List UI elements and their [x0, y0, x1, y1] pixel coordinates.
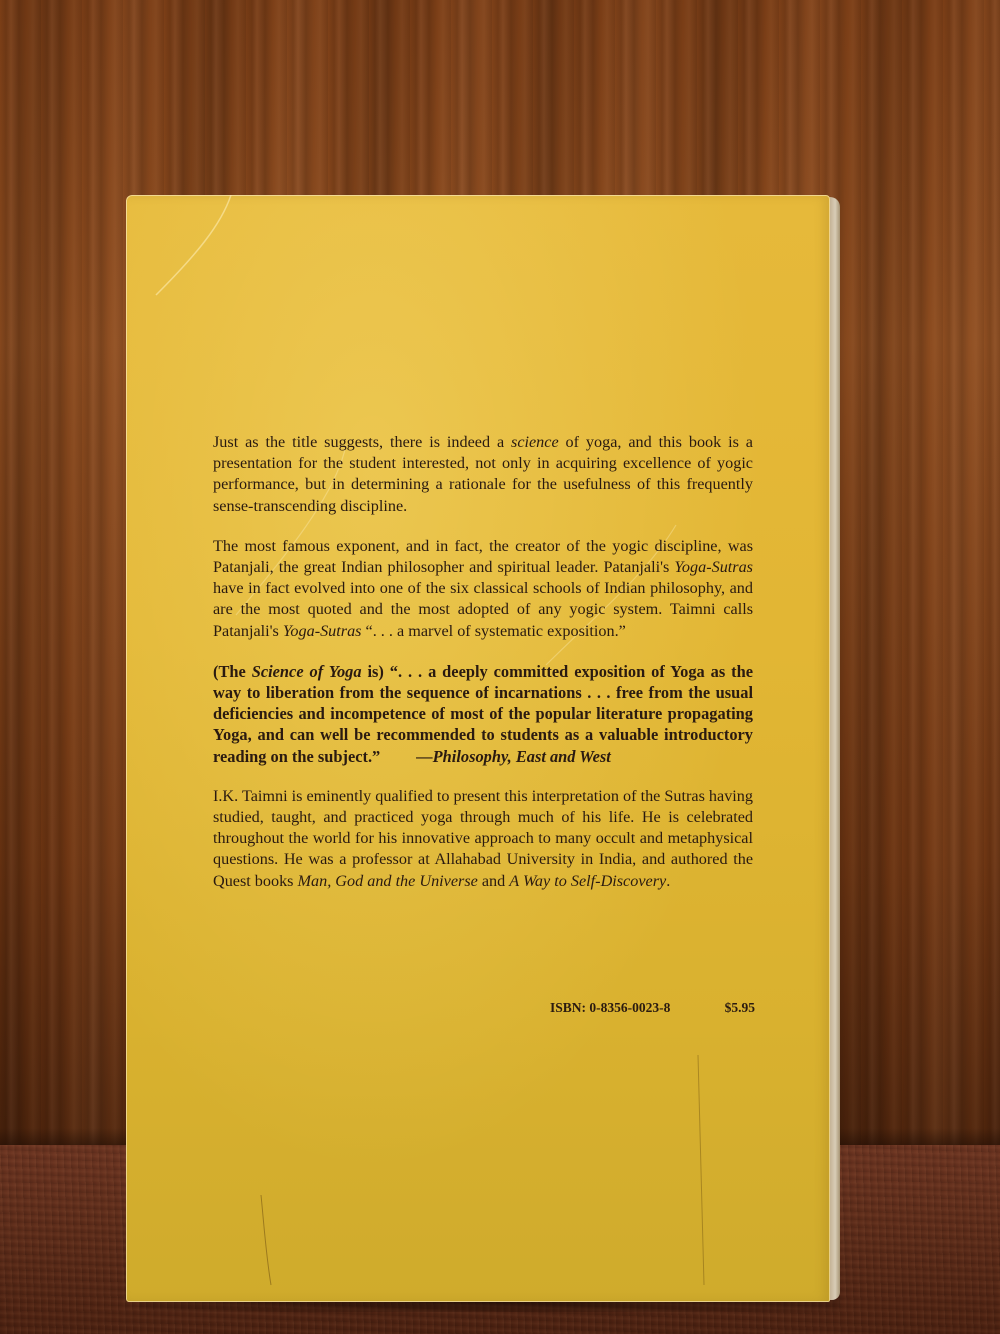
review-quote: (The Science of Yoga is) “. . . a deeply… [213, 661, 753, 767]
italic-text: science [511, 433, 559, 451]
isbn-price-line: ISBN: 0-8356-0023-8 $5.95 [550, 1000, 755, 1016]
text: The most famous exponent, and in fact, t… [213, 537, 753, 576]
text: Just as the title suggests, there is ind… [213, 433, 511, 451]
text: “. . . a marvel of systematic exposition… [361, 622, 625, 640]
italic-text: Yoga-Sutras [283, 622, 362, 640]
author-bio: I.K. Taimni is eminently qualified to pr… [213, 786, 753, 892]
text: . [666, 872, 670, 890]
isbn: ISBN: 0-8356-0023-8 [550, 1000, 670, 1016]
review-attribution: —Philosophy, East and West [416, 747, 611, 766]
text: (The [213, 662, 252, 681]
back-cover-text: Just as the title suggests, there is ind… [213, 432, 753, 911]
price: $5.95 [725, 1000, 755, 1016]
italic-text: Yoga-Sutras [674, 558, 753, 576]
text: and [478, 872, 509, 890]
italic-book-title: A Way to Self-Discovery [509, 872, 666, 890]
description-paragraph: Just as the title suggests, there is ind… [213, 432, 753, 517]
italic-book-title: Man, God and the Universe [298, 872, 478, 890]
italic-book-title: Science of Yoga [252, 662, 362, 681]
patanjali-paragraph: The most famous exponent, and in fact, t… [213, 536, 753, 642]
